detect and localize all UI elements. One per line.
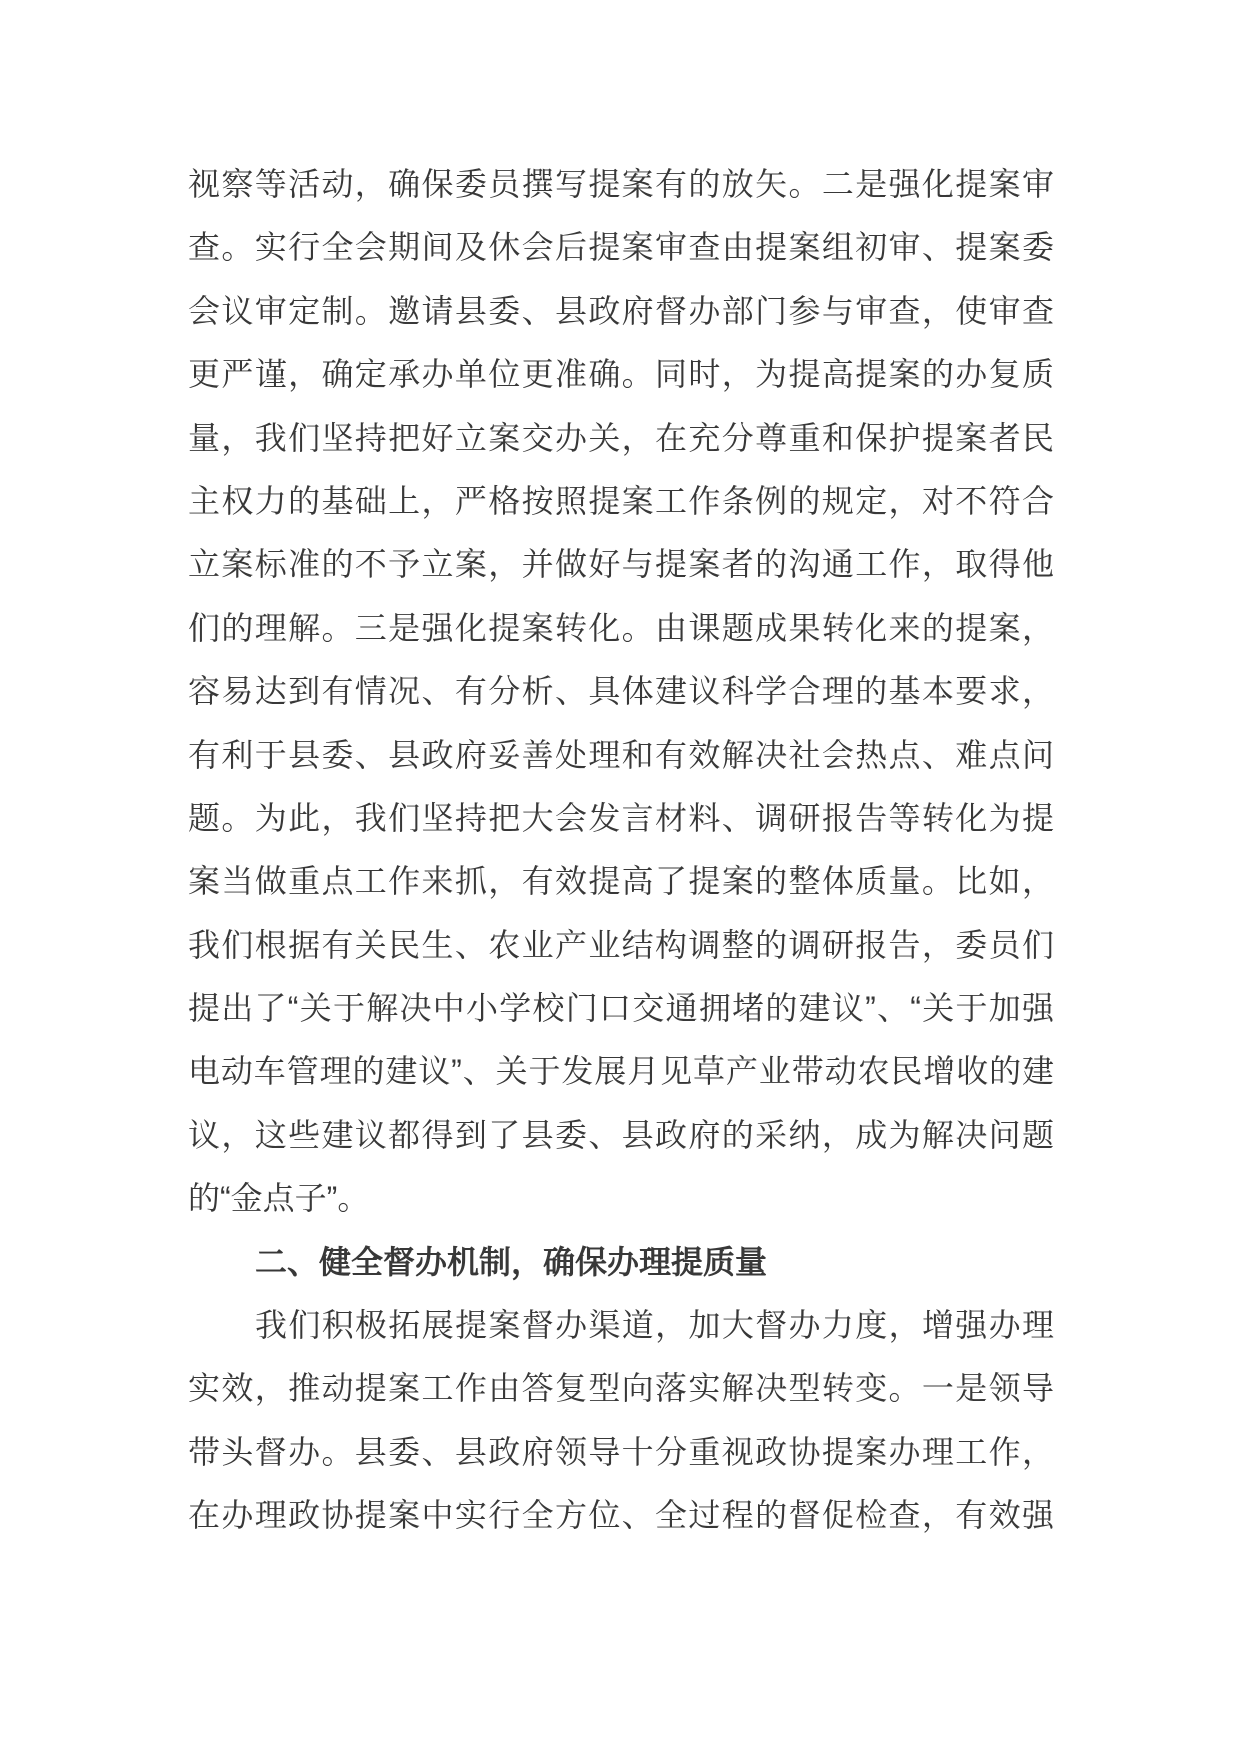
document-page: 视察等活动，确保委员撰写提案有的放矢。二是强化提案审查。实行全会期间及休会后提案… (0, 0, 1241, 1755)
text-line: 有利于县委、县政府妥善处理和有效解决社会热点、难点问 (188, 724, 1054, 787)
text-line: 提出了“关于解决中小学校门口交通拥堵的建议”、“关于加强 (188, 977, 1054, 1040)
text-line: 的“金点子”。 (188, 1167, 1054, 1230)
text-line: 容易达到有情况、有分析、具体建议科学合理的基本要求， (188, 660, 1054, 723)
text-line: 案当做重点工作来抓，有效提高了提案的整体质量。比如， (188, 850, 1054, 913)
text-line: 会议审定制。邀请县委、县政府督办部门参与审查，使审查 (188, 280, 1054, 343)
text-line: 量，我们坚持把好立案交办关，在充分尊重和保护提案者民 (188, 407, 1054, 470)
text-line: 们的理解。三是强化提案转化。由课题成果转化来的提案， (188, 597, 1054, 660)
text-line: 在办理政协提案中实行全方位、全过程的督促检查，有效强 (188, 1484, 1054, 1547)
text-line: 带头督办。县委、县政府领导十分重视政协提案办理工作， (188, 1421, 1054, 1484)
section-heading: 二、健全督办机制，确保办理提质量 (188, 1231, 1054, 1294)
text-line: 实效，推动提案工作由答复型向落实解决型转变。一是领导 (188, 1357, 1054, 1420)
text-line: 我们积极拓展提案督办渠道，加大督办力度，增强办理 (188, 1294, 1054, 1357)
text-line: 题。为此，我们坚持把大会发言材料、调研报告等转化为提 (188, 787, 1054, 850)
document-content: 视察等活动，确保委员撰写提案有的放矢。二是强化提案审查。实行全会期间及休会后提案… (188, 153, 1054, 1548)
text-line: 查。实行全会期间及休会后提案审查由提案组初审、提案委 (188, 216, 1054, 279)
text-line: 更严谨，确定承办单位更准确。同时，为提高提案的办复质 (188, 343, 1054, 406)
text-line: 议，这些建议都得到了县委、县政府的采纳，成为解决问题 (188, 1104, 1054, 1167)
text-line: 立案标准的不予立案，并做好与提案者的沟通工作，取得他 (188, 533, 1054, 596)
text-line: 主权力的基础上，严格按照提案工作条例的规定，对不符合 (188, 470, 1054, 533)
text-line: 视察等活动，确保委员撰写提案有的放矢。二是强化提案审 (188, 153, 1054, 216)
text-line: 电动车管理的建议”、关于发展月见草产业带动农民增收的建 (188, 1040, 1054, 1103)
text-line: 我们根据有关民生、农业产业结构调整的调研报告，委员们 (188, 914, 1054, 977)
